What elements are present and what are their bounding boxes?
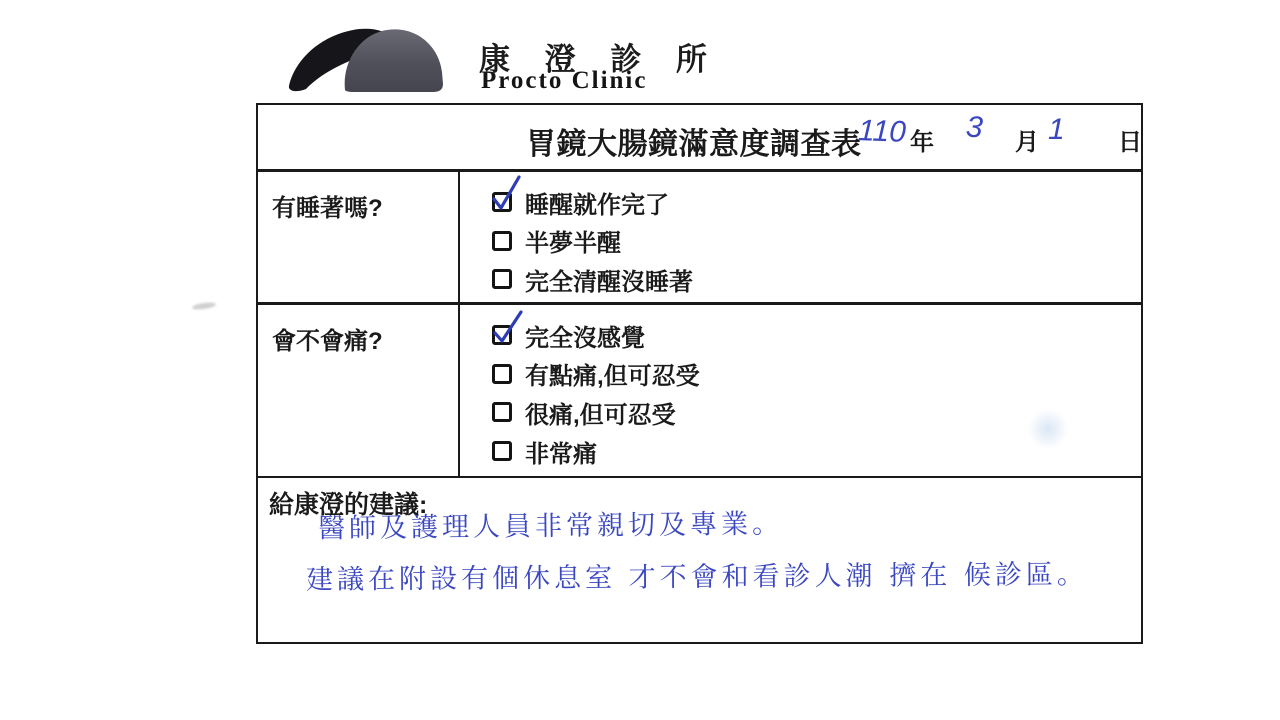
clinic-logo-icon — [286, 24, 458, 100]
faint-blue-ink-smudge — [1026, 410, 1070, 448]
checkbox-checked-icon — [492, 325, 512, 345]
clinic-name-en: Procto Clinic — [481, 67, 647, 95]
survey-form: 胃鏡大腸鏡滿意度調查表 110 年 3 月 1 日 有睡著嗎? 睡醒就作完 — [256, 103, 1143, 644]
scanned-survey-page: 康 澄 診 所 Procto Clinic 胃鏡大腸鏡滿意度調查表 110 年 … — [0, 0, 1280, 720]
option-half-awake: 半夢半醒 — [492, 222, 1141, 261]
checkbox-icon — [492, 231, 512, 251]
option-slight-pain: 有點痛,但可忍受 — [492, 355, 1141, 394]
option-fully-awake: 完全清醒沒睡著 — [492, 260, 1141, 299]
question-row-pain: 會不會痛? 完全沒感覺 有點痛,但可忍受 很痛,但可 — [258, 305, 1141, 478]
question-label-cell: 有睡著嗎? — [258, 172, 460, 302]
date-day-handwritten: 1 — [1048, 113, 1065, 147]
checkbox-icon — [492, 441, 512, 461]
question-pain-label: 會不會痛? — [272, 328, 383, 355]
question-pain-options: 完全沒感覺 有點痛,但可忍受 很痛,但可忍受 非常痛 — [460, 305, 1141, 476]
date-month-handwritten: 3 — [965, 110, 984, 145]
form-title: 胃鏡大腸鏡滿意度調查表 — [526, 119, 862, 163]
checkbox-checked-icon — [492, 192, 512, 212]
checkbox-icon — [492, 402, 512, 422]
date-day-label: 日 — [1118, 122, 1142, 157]
question-sleep-options: 睡醒就作完了 半夢半醒 完全清醒沒睡著 — [460, 172, 1141, 302]
option-label: 非常痛 — [525, 434, 597, 469]
option-label: 很痛,但可忍受 — [525, 395, 676, 430]
date-year-label: 年 — [910, 122, 934, 157]
option-label: 有點痛,但可忍受 — [525, 356, 700, 391]
question-row-sleep: 有睡著嗎? 睡醒就作完了 半夢半醒 完全清醒沒睡著 — [258, 172, 1141, 305]
date-year-handwritten: 110 — [857, 114, 906, 150]
blue-checkmark-icon — [491, 173, 525, 213]
handwritten-suggestion-line-2: 建議在附設有個休息室 才不會和看診人潮 擠在 候診區。 — [306, 552, 1088, 596]
question-label-cell: 會不會痛? — [258, 305, 460, 476]
option-label: 完全清醒沒睡著 — [525, 262, 693, 297]
option-label: 睡醒就作完了 — [525, 185, 669, 220]
gray-scan-smudge — [192, 301, 217, 310]
title-row: 胃鏡大腸鏡滿意度調查表 110 年 3 月 1 日 — [258, 105, 1141, 172]
date-month-label: 月 — [1015, 122, 1039, 157]
blue-checkmark-icon — [491, 306, 525, 346]
option-no-feeling: 完全沒感覺 — [492, 316, 1141, 355]
checkbox-icon — [492, 364, 512, 384]
checkbox-icon — [492, 269, 512, 289]
option-label: 半夢半醒 — [525, 223, 621, 258]
handwritten-suggestion-line-1: 醫師及護理人員非常親切及專業。 — [318, 502, 783, 546]
option-label: 完全沒感覺 — [525, 318, 645, 353]
question-sleep-label: 有睡著嗎? — [272, 195, 383, 222]
suggestion-row: 給康澄的建議: 醫師及護理人員非常親切及專業。 建議在附設有個休息室 才不會和看… — [258, 478, 1141, 640]
option-slept-through: 睡醒就作完了 — [492, 183, 1141, 222]
